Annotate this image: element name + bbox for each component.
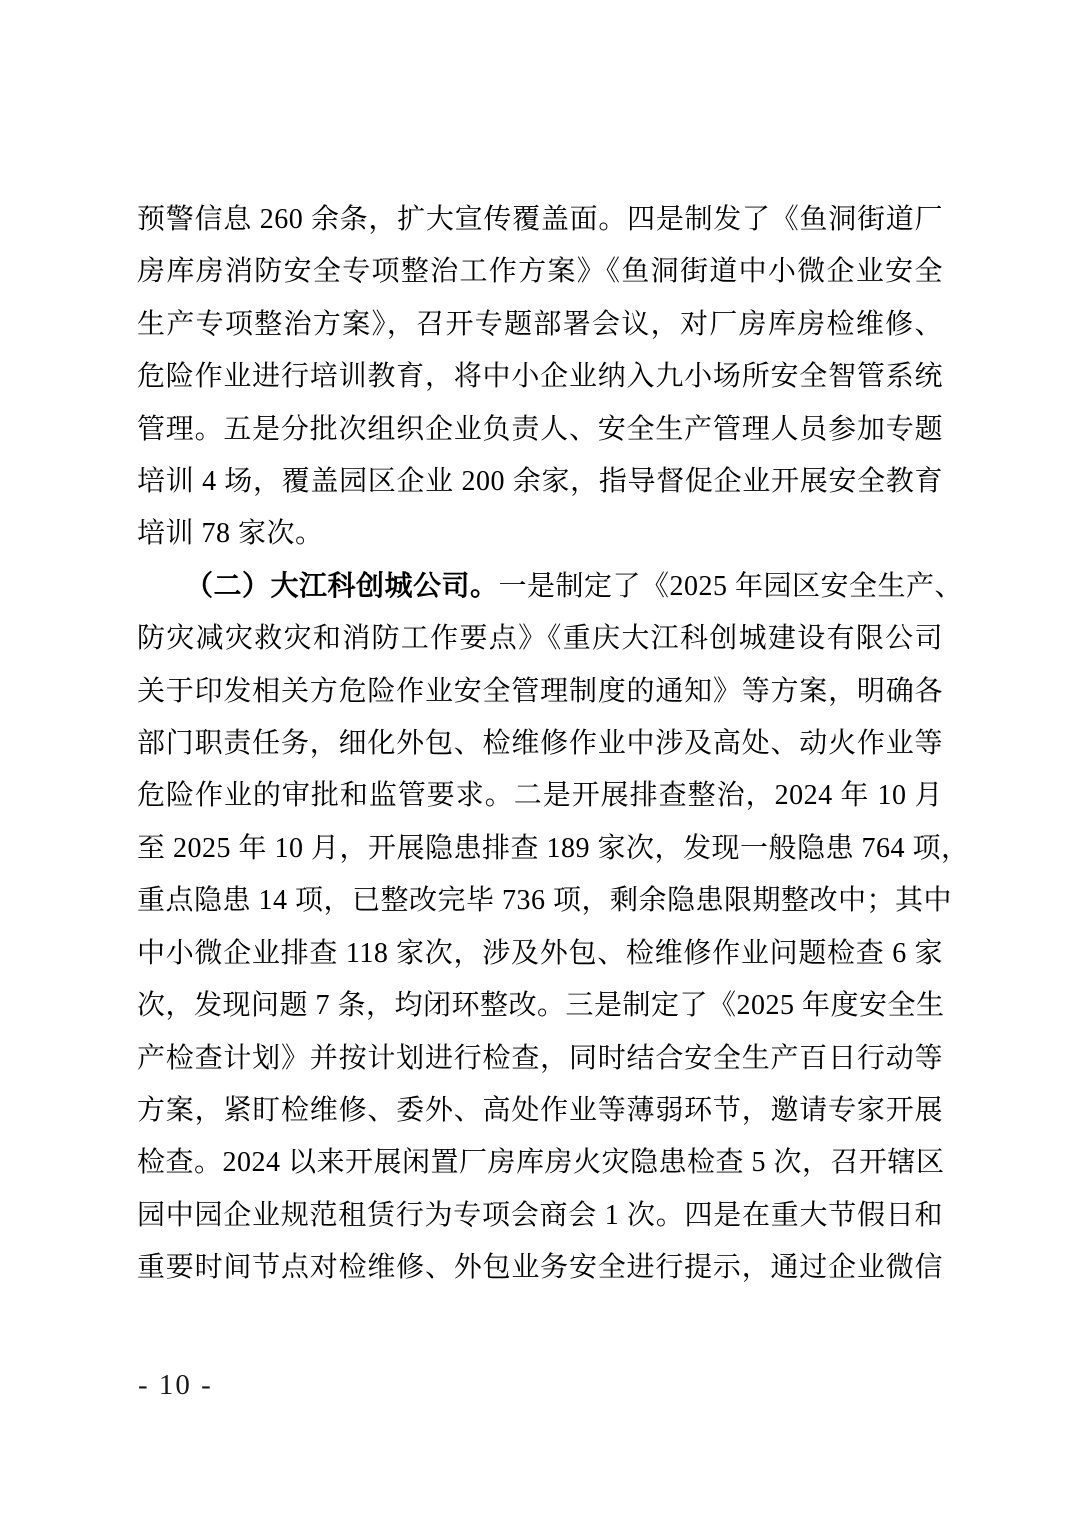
text-line: 检查。2024 以来开展闲置厂房库房火灾隐患检查 5 次，召开辖区 bbox=[137, 1137, 943, 1189]
page-number: - 10 - bbox=[138, 1368, 213, 1402]
text-line: 防灾减灾救灾和消防工作要点》《重庆大江科创城建设有限公司 bbox=[137, 613, 943, 665]
text-line: 方案，紧盯检维修、委外、高处作业等薄弱环节，邀请专家开展 bbox=[137, 1085, 943, 1137]
text-line: 预警信息 260 余条，扩大宣传覆盖面。四是制发了《鱼洞街道厂 bbox=[137, 194, 943, 246]
text-line-paragraph-end: 培训 78 家次。 bbox=[137, 508, 943, 560]
text-line: 园中园企业规范租赁行为专项会商会 1 次。四是在重大节假日和 bbox=[137, 1190, 943, 1242]
text-line: 关于印发相关方危险作业安全管理制度的通知》等方案，明确各 bbox=[137, 666, 943, 718]
text-line: 中小微企业排查 118 家次，涉及外包、检维修作业问题检查 6 家 bbox=[137, 928, 943, 980]
document-page: 预警信息 260 余条，扩大宣传覆盖面。四是制发了《鱼洞街道厂 房库房消防安全专… bbox=[0, 0, 1074, 1520]
text-line: 至 2025 年 10 月，开展隐患排查 189 家次，发现一般隐患 764 项… bbox=[137, 823, 943, 875]
text-line: 房库房消防安全专项整治工作方案》《鱼洞街道中小微企业安全 bbox=[137, 246, 943, 298]
text-line: 产检查计划》并按计划进行检查，同时结合安全生产百日行动等 bbox=[137, 1033, 943, 1085]
text-line: 管理。五是分批次组织企业负责人、安全生产管理人员参加专题 bbox=[137, 404, 943, 456]
text-line: 次，发现问题 7 条，均闭环整改。三是制定了《2025 年度安全生 bbox=[137, 980, 943, 1032]
text-line: 培训 4 场，覆盖园区企业 200 余家，指导督促企业开展安全教育 bbox=[137, 456, 943, 508]
document-body-text: 预警信息 260 余条，扩大宣传覆盖面。四是制发了《鱼洞街道厂 房库房消防安全专… bbox=[137, 194, 943, 1295]
text-line: 部门职责任务，细化外包、检维修作业中涉及高处、动火作业等 bbox=[137, 718, 943, 770]
text-line: 重点隐患 14 项，已整改完毕 736 项，剩余隐患限期整改中；其中 bbox=[137, 875, 943, 927]
text-line-section-heading: （二）大江科创城公司。一是制定了《2025 年园区安全生产、 bbox=[137, 561, 943, 613]
text-line: 重要时间节点对检维修、外包业务安全进行提示，通过企业微信 bbox=[137, 1242, 943, 1294]
text-line: 生产专项整治方案》，召开专题部署会议，对厂房库房检维修、 bbox=[137, 299, 943, 351]
text-line: 危险作业进行培训教育，将中小企业纳入九小场所安全智管系统 bbox=[137, 351, 943, 403]
section-heading-trailing-text: 一是制定了《2025 年园区安全生产、 bbox=[499, 571, 964, 602]
section-heading-label: （二）大江科创城公司。 bbox=[185, 571, 499, 602]
text-line: 危险作业的审批和监管要求。二是开展排查整治，2024 年 10 月 bbox=[137, 770, 943, 822]
